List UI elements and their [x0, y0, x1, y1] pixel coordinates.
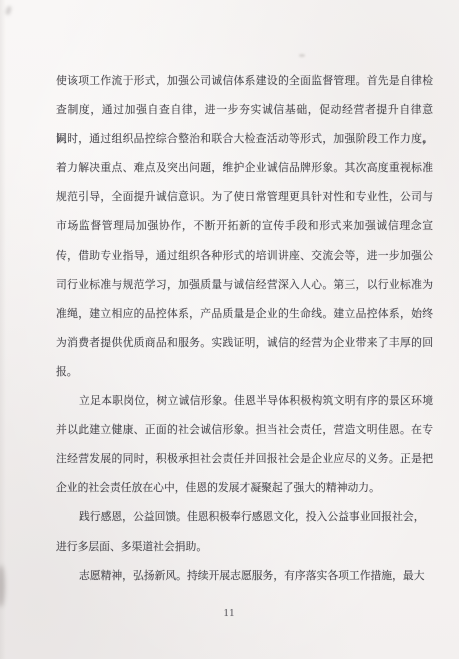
text-line: 企业的社会责任放在心中，佳恩的发展才凝聚起了强大的精神动力。	[56, 474, 433, 503]
text-line: 着力解决重点、难点及突出问题，维护企业诚信品牌形象。其次高度重视标准	[56, 154, 433, 183]
page-edge-shadow	[0, 0, 6, 659]
text-line: 报。	[56, 358, 433, 387]
document-text-block: 使该项工作流于形式，加强公司诚信体系建设的全面监督管理。首先是自律检查制度，通过…	[56, 67, 433, 591]
text-line: 司行业标准与规范学习，加强质量与诚信经营深入人心。第三，以行业标准为	[56, 271, 433, 300]
text-line: 传，借助专业指导，通过组织各种形式的培训讲座、交流会等，进一步加强公	[56, 242, 433, 271]
text-line: 市场监督管理局加强协作，不断开拓新的宣传手段和形式来加强诚信理念宣	[56, 212, 433, 241]
text-line: 并以此建立健康、正面的社会诚信形象。担当社会责任，营造文明佳恩。在专	[56, 416, 433, 445]
text-line: 准绳，建立相应的品控体系，产品质量是企业的生命线。建立品控体系，始终	[56, 300, 433, 329]
scanned-document-page: 使该项工作流于形式，加强公司诚信体系建设的全面监督管理。首先是自律检查制度，通过…	[0, 0, 459, 659]
scan-smudge-top-left	[5, 5, 13, 15]
text-line: 志愿精神，弘扬新风。持续开展志愿服务，有序落实各项工作措施，最大	[56, 562, 433, 591]
text-line: 践行感恩，公益回馈。佳恩积极奉行感恩文化，投入公益事业回报社会，	[56, 503, 433, 532]
text-line: 查制度，通过加强自查自律，进一步夯实诚信基础，促动经营者提升自律意识。	[56, 96, 433, 125]
text-line: 规范引导，全面提升诚信意识。为了使日常管理更具针对性和专业性，公司与	[56, 183, 433, 212]
scan-speck	[299, 54, 305, 57]
text-line: 同时，通过组织品控综合整治和联合大检查活动等形式，加强阶段工作力度，	[56, 125, 433, 154]
text-line: 为消费者提供优质商品和服务。实践证明，诚信的经营为企业带来了丰厚的回	[56, 329, 433, 358]
text-line: 立足本职岗位，树立诚信形象。佳恩半导体积极构筑文明有序的景区环境	[56, 387, 433, 416]
page-number: 11	[0, 608, 459, 619]
text-line: 使该项工作流于形式，加强公司诚信体系建设的全面监督管理。首先是自律检	[56, 67, 433, 96]
text-line: 进行多层面、多渠道社会捐助。	[56, 533, 433, 562]
text-line: 注经营发展的同时，积极承担社会责任并回报社会是企业应尽的义务。正是把	[56, 445, 433, 474]
